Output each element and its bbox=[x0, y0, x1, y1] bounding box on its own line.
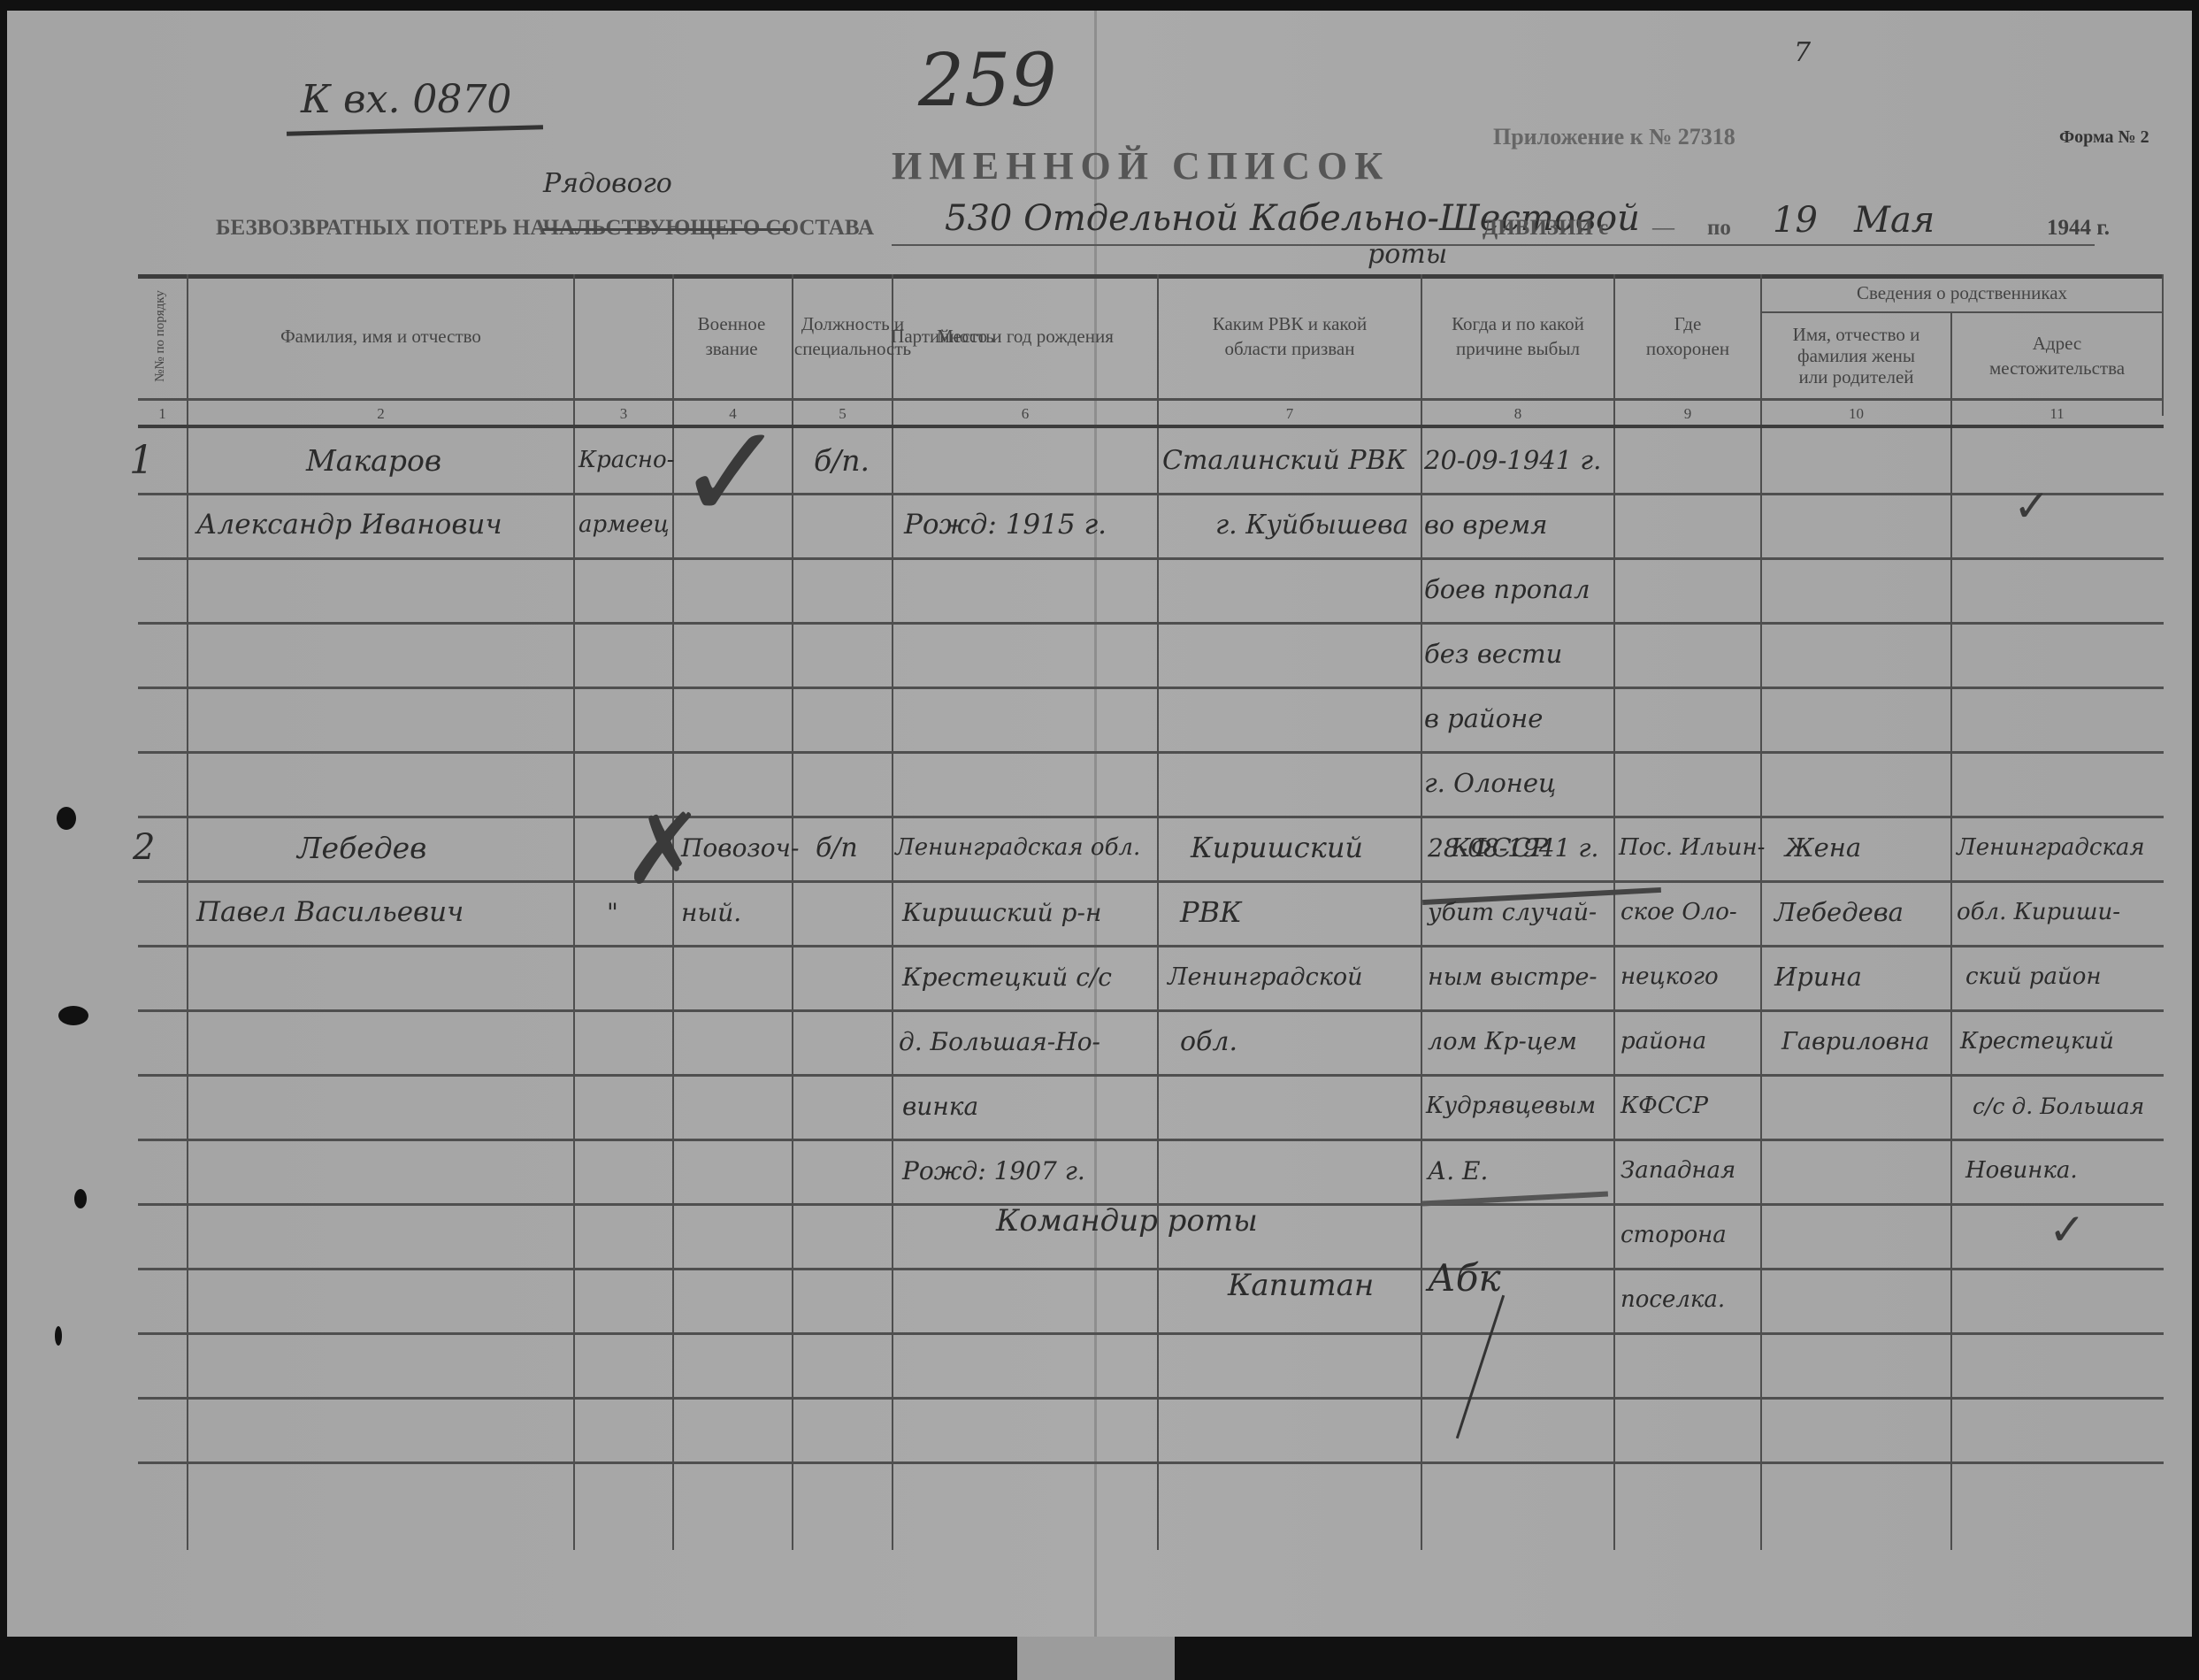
date-year: 1944 г. bbox=[2047, 216, 2110, 241]
punch-hole bbox=[58, 1006, 88, 1025]
buried-line: КФССР bbox=[1621, 1074, 1708, 1139]
checkmark-icon: ✓ bbox=[2049, 1203, 2086, 1256]
birth-line: Ленинградская обл. bbox=[895, 816, 1140, 880]
losses-table: №№ по порядку Фамилия, имя и отчество Во… bbox=[138, 274, 2164, 1550]
row-rule bbox=[138, 1397, 2164, 1400]
col-header-relatives-group: Сведения о родственниках bbox=[1762, 276, 2162, 310]
departed-line: лом Кр-цем bbox=[1428, 1009, 1577, 1074]
relative-line: Гавриловна bbox=[1781, 1009, 1929, 1074]
col-header-name: Фамилия, имя и отчество bbox=[188, 283, 573, 389]
row-num: 2 bbox=[133, 816, 155, 880]
address-line: Крестецкий bbox=[1960, 1009, 2114, 1074]
birth-line: Киришский р-н bbox=[902, 880, 1101, 945]
buried-line: Западная bbox=[1621, 1139, 1735, 1203]
birth-line1: Рожд: 1915 г. bbox=[904, 493, 1107, 557]
address-line: Ленинградская bbox=[1957, 816, 2145, 880]
col-num: 6 bbox=[893, 405, 1157, 423]
col-header-rvk: Каким РВК и какой области призван bbox=[1159, 283, 1421, 389]
subtitle-correction: Рядового bbox=[543, 168, 672, 199]
buried-line: ское Оло- bbox=[1621, 880, 1737, 945]
col-num: 2 bbox=[188, 405, 573, 423]
col-divider bbox=[892, 274, 893, 1550]
rvk-line2: г. Куйбышева bbox=[1215, 493, 1408, 557]
departed-line: во время bbox=[1424, 493, 1547, 557]
col-num: 5 bbox=[793, 405, 892, 423]
departed-line: боев пропал bbox=[1424, 557, 1590, 622]
col-divider bbox=[1157, 274, 1159, 1550]
col-header-rank: Военное звание bbox=[674, 283, 789, 389]
punch-hole bbox=[74, 1189, 87, 1208]
row-rule bbox=[138, 557, 2164, 560]
col-divider bbox=[1760, 274, 1762, 1550]
row-rule bbox=[138, 1332, 2164, 1335]
party: б/п bbox=[816, 816, 858, 880]
form-label: Форма № 2 bbox=[2059, 127, 2149, 148]
col-num: 7 bbox=[1159, 405, 1421, 423]
printed-division: ДИВИЗИИ с bbox=[1483, 216, 1608, 241]
departed-line: Кудрявцевым bbox=[1426, 1074, 1596, 1139]
surname: Макаров bbox=[306, 428, 441, 493]
page-title: ИМЕННОЙ СПИСОК bbox=[892, 143, 1390, 188]
date-day: 19 bbox=[1773, 200, 1818, 241]
row-rule bbox=[138, 1074, 2164, 1077]
punch-hole bbox=[57, 807, 76, 830]
strikeout bbox=[542, 228, 790, 231]
position-line1: Повозоч- bbox=[681, 816, 799, 880]
address-line: ский район bbox=[1965, 945, 2102, 1009]
departed-line: г. Олонец bbox=[1424, 751, 1556, 816]
given-names: Павел Васильевич bbox=[196, 880, 464, 945]
buried-line: сторона bbox=[1621, 1203, 1727, 1268]
relative-line: Лебедева bbox=[1774, 880, 1904, 945]
row-rule bbox=[138, 1139, 2164, 1141]
col-num: 8 bbox=[1422, 405, 1613, 423]
rank-line2: армеец bbox=[578, 493, 670, 557]
rank-ditto: " bbox=[607, 880, 618, 945]
archive-note-underline bbox=[287, 125, 543, 136]
checkmark-icon: ✓ bbox=[2013, 479, 2050, 533]
rvk-line1: Сталинский РВК bbox=[1162, 428, 1406, 493]
col-divider bbox=[2162, 274, 2164, 416]
buried-line: поселка. bbox=[1621, 1268, 1725, 1332]
departed-line: 20-09-1941 г. bbox=[1424, 428, 1601, 493]
page-number: 259 bbox=[918, 39, 1057, 123]
birth-line: д. Большая-Но- bbox=[899, 1009, 1100, 1074]
buried-line: района bbox=[1621, 1009, 1706, 1074]
col-header-address: Адрес местожительства bbox=[1952, 313, 2162, 398]
rvk-line: РВК bbox=[1180, 880, 1242, 945]
signature: Абк bbox=[1428, 1246, 1501, 1310]
col-header-num: №№ по порядку bbox=[134, 288, 187, 385]
relative-line: Ирина bbox=[1774, 945, 1862, 1009]
birth-line: Крестецкий с/с bbox=[902, 945, 1112, 1009]
party: б/п. bbox=[814, 428, 870, 493]
col-divider bbox=[1421, 274, 1422, 1550]
document-page: К вх. 0870 259 7 Приложение к № 27318 Фо… bbox=[7, 11, 2192, 1637]
numbers-bottom-rule bbox=[138, 425, 2164, 428]
subtitle-underline bbox=[892, 244, 2095, 246]
rvk-line: Ленинградской bbox=[1168, 945, 1363, 1009]
departed-line: без вести bbox=[1424, 622, 1562, 687]
row-rule bbox=[138, 1268, 2164, 1270]
row-rule bbox=[138, 1461, 2164, 1464]
position-line2: ный. bbox=[681, 880, 741, 945]
row-num: 1 bbox=[129, 428, 154, 493]
col-divider bbox=[1613, 274, 1615, 1550]
signature-rank: Капитан bbox=[1228, 1254, 1374, 1318]
surname: Лебедев bbox=[297, 816, 426, 880]
departed-line: в районе bbox=[1424, 687, 1543, 751]
col-num: 1 bbox=[138, 405, 187, 423]
row-rule bbox=[138, 622, 2164, 625]
signature-stroke bbox=[1456, 1295, 1505, 1439]
date-month: Мая bbox=[1854, 200, 1935, 241]
address-line: обл. Кириши- bbox=[1957, 880, 2120, 945]
col-header-birth: Место и год рождения bbox=[893, 283, 1157, 389]
checkmark-icon: ✓ bbox=[676, 407, 787, 540]
col-header-buried: Где похоронен bbox=[1615, 283, 1760, 389]
buried-line: Пос. Ильин- bbox=[1619, 816, 1765, 880]
row-rule bbox=[138, 751, 2164, 754]
col-divider bbox=[573, 274, 575, 1550]
departed-line: ным выстре- bbox=[1428, 945, 1598, 1009]
address-line: Новинка. bbox=[1965, 1139, 2078, 1203]
address-line: с/с д. Большая bbox=[1973, 1074, 2144, 1139]
punch-hole bbox=[55, 1326, 62, 1346]
departed-line: убит случай- bbox=[1428, 880, 1597, 945]
departed-line: 28-08-1941 г. bbox=[1428, 816, 1598, 880]
col-divider bbox=[187, 274, 188, 1550]
row-rule bbox=[138, 687, 2164, 689]
departed-line: А. Е. bbox=[1428, 1139, 1488, 1203]
col-divider bbox=[792, 274, 793, 1550]
rank-line1: Красно- bbox=[578, 428, 674, 493]
date-from: — bbox=[1652, 216, 1674, 241]
given-names: Александр Иванович bbox=[196, 493, 502, 557]
rvk-line: Киришский bbox=[1191, 816, 1363, 880]
attachment-ref: Приложение к № 27318 bbox=[1493, 124, 1735, 150]
col-header-departed: Когда и по какой причине выбыл bbox=[1422, 283, 1613, 389]
buried-line: нецкого bbox=[1621, 945, 1719, 1009]
col-header-relative-name: Имя, отчество и фамилия жены или родител… bbox=[1762, 313, 1950, 398]
col-num: 10 bbox=[1762, 405, 1950, 423]
scanner-stand bbox=[1017, 1637, 1175, 1680]
archive-note: К вх. 0870 bbox=[301, 77, 511, 122]
col-num: 9 bbox=[1615, 405, 1760, 423]
birth-line: винка bbox=[902, 1074, 978, 1139]
relative-line: Жена bbox=[1785, 816, 1861, 880]
col-divider bbox=[1950, 311, 1952, 1550]
signature-title: Командир роты bbox=[996, 1189, 1258, 1254]
header-bottom-rule bbox=[138, 398, 2164, 401]
col-num: 11 bbox=[1952, 405, 2162, 423]
corner-mark: 7 bbox=[1794, 37, 1811, 68]
date-to-label: по bbox=[1707, 216, 1731, 241]
col-num: 3 bbox=[575, 405, 672, 423]
rvk-line: обл. bbox=[1180, 1009, 1237, 1074]
